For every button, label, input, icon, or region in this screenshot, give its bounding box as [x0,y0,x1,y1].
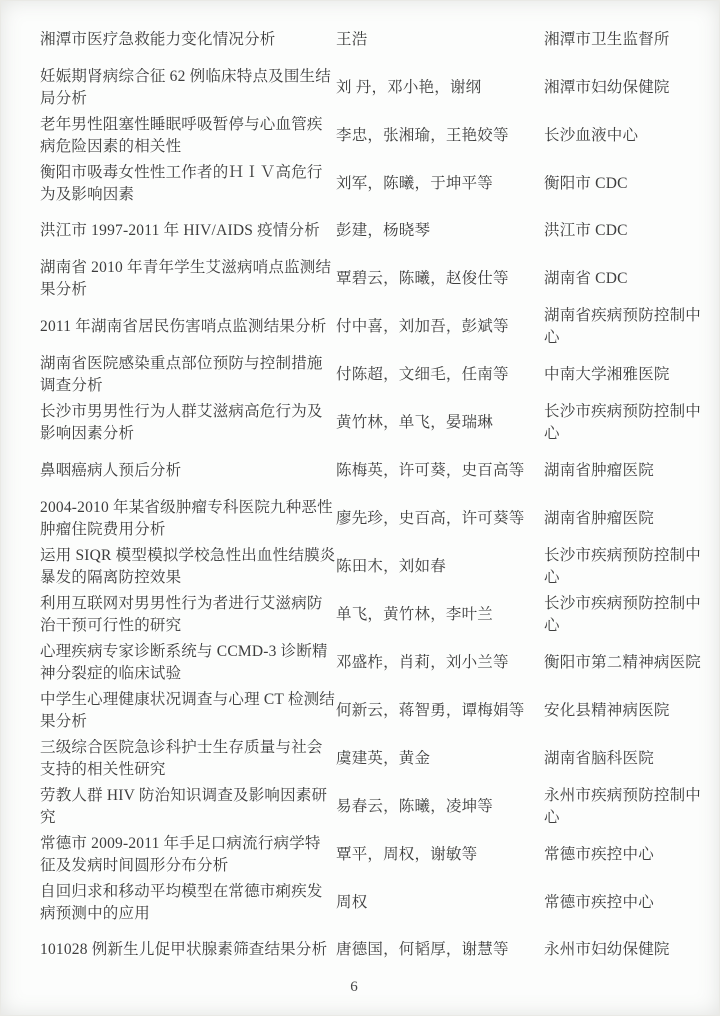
paper-authors: 陈田木，刘如春 [336,556,536,578]
table-row: 101028 例新生儿促甲状腺素筛查结果分析 唐德国，何韬厚，谢慧等 永州市妇幼… [40,927,706,975]
table-row: 长沙市男男性行为人群艾滋病高危行为及影响因素分析 黄竹林，单飞，晏瑞琳 长沙市疾… [40,399,706,447]
paper-authors: 李忠，张湘瑜，王艳姣等 [336,125,536,147]
table-row: 利用互联网对男男性行为者进行艾滋病防治干预可行性的研究 单飞，黄竹林，李叶兰 长… [40,591,706,639]
table-row: 运用 SIQR 模型模拟学校急性出血性结膜炎暴发的隔离防控效果 陈田木，刘如春 … [40,543,706,591]
paper-title: 鼻咽癌病人预后分析 [40,460,336,482]
paper-institution: 永州市妇幼保健院 [536,939,706,961]
paper-title: 运用 SIQR 模型模拟学校急性出血性结膜炎暴发的隔离防控效果 [40,545,336,589]
paper-authors: 易春云，陈曦，凌坤等 [336,796,536,818]
paper-authors: 虞建英，黄金 [336,748,536,770]
paper-title: 中学生心理健康状况调查与心理 CT 检测结果分析 [40,689,336,733]
paper-institution: 湖南省肿瘤医院 [536,460,706,482]
paper-authors: 唐德国，何韬厚，谢慧等 [336,939,536,961]
paper-authors: 付陈超，文细毛，任南等 [336,364,536,386]
paper-title: 长沙市男男性行为人群艾滋病高危行为及影响因素分析 [40,401,336,445]
table-row: 妊娠期肾病综合征 62 例临床特点及围生结局分析 刘 丹，邓小艳，谢纲 湘潭市妇… [40,64,706,112]
paper-institution: 湖南省疾病预防控制中心 [536,305,706,349]
paper-institution: 长沙血液中心 [536,125,706,147]
table-row: 老年男性阻塞性睡眠呼吸暂停与心血管疾病危险因素的相关性 李忠，张湘瑜，王艳姣等 … [40,112,706,160]
table-row: 三级综合医院急诊科护士生存质量与社会支持的相关性研究 虞建英，黄金 湖南省脑科医… [40,735,706,783]
paper-institution: 衡阳市 CDC [536,173,706,195]
table-row: 劳教人群 HIV 防治知识调查及影响因素研究 易春云，陈曦，凌坤等 永州市疾病预… [40,783,706,831]
table-row: 衡阳市吸毒女性性工作者的ＨＩＶ高危行为及影响因素 刘军，陈曦，于坤平等 衡阳市 … [40,160,706,208]
paper-authors: 邓盛柞，肖莉，刘小兰等 [336,652,536,674]
table-row: 洪江市 1997-2011 年 HIV/AIDS 疫情分析 彭建，杨晓琴 洪江市… [40,208,706,256]
paper-institution: 中南大学湘雅医院 [536,364,706,386]
table-row: 鼻咽癌病人预后分析 陈梅英，许可葵，史百高等 湖南省肿瘤医院 [40,447,706,495]
table-row: 湖南省医院感染重点部位预防与控制措施调查分析 付陈超，文细毛，任南等 中南大学湘… [40,351,706,399]
paper-authors: 覃碧云，陈曦，赵俊仕等 [336,268,536,290]
paper-title: 三级综合医院急诊科护士生存质量与社会支持的相关性研究 [40,737,336,781]
papers-table: 湘潭市医疗急救能力变化情况分析 王浩 湘潭市卫生监督所 妊娠期肾病综合征 62 … [40,16,706,974]
paper-title: 心理疾病专家诊断系统与 CCMD-3 诊断精神分裂症的临床试验 [40,641,336,685]
paper-title: 湖南省 2010 年青年学生艾滋病哨点监测结果分析 [40,257,336,301]
paper-title: 衡阳市吸毒女性性工作者的ＨＩＶ高危行为及影响因素 [40,162,336,206]
paper-institution: 洪江市 CDC [536,220,706,242]
paper-institution: 衡阳市第二精神病医院 [536,652,706,674]
paper-title: 2011 年湖南省居民伤害哨点监测结果分析 [40,316,336,338]
paper-institution: 安化县精神病医院 [536,700,706,722]
page-footer: 6 [0,978,720,996]
table-row: 2004-2010 年某省级肿瘤专科医院九种恶性肿瘤住院费用分析 廖先珍，史百高… [40,495,706,543]
paper-authors: 何新云，蒋智勇，谭梅娟等 [336,700,536,722]
paper-authors: 刘 丹，邓小艳，谢纲 [336,77,536,99]
table-row: 常德市 2009-2011 年手足口病流行病学特征及发病时间圆形分布分析 覃平，… [40,831,706,879]
paper-institution: 长沙市疾病预防控制中心 [536,401,706,445]
paper-institution: 湖南省脑科医院 [536,748,706,770]
paper-authors: 单飞，黄竹林，李叶兰 [336,604,536,626]
table-row: 中学生心理健康状况调查与心理 CT 检测结果分析 何新云，蒋智勇，谭梅娟等 安化… [40,687,706,735]
page-number: 6 [350,979,358,996]
paper-title: 利用互联网对男男性行为者进行艾滋病防治干预可行性的研究 [40,593,336,637]
paper-authors: 付中喜，刘加吾，彭斌等 [336,316,536,338]
paper-title: 常德市 2009-2011 年手足口病流行病学特征及发病时间圆形分布分析 [40,833,336,877]
paper-authors: 陈梅英，许可葵，史百高等 [336,460,536,482]
paper-institution: 永州市疾病预防控制中心 [536,785,706,829]
paper-authors: 刘军，陈曦，于坤平等 [336,173,536,195]
paper-title: 2004-2010 年某省级肿瘤专科医院九种恶性肿瘤住院费用分析 [40,497,336,541]
table-row: 2011 年湖南省居民伤害哨点监测结果分析 付中喜，刘加吾，彭斌等 湖南省疾病预… [40,303,706,351]
paper-title: 湘潭市医疗急救能力变化情况分析 [40,29,336,51]
paper-institution: 常德市疾控中心 [536,844,706,866]
paper-institution: 常德市疾控中心 [536,892,706,914]
paper-authors: 王浩 [336,29,536,51]
paper-title: 洪江市 1997-2011 年 HIV/AIDS 疫情分析 [40,220,336,242]
paper-authors: 黄竹林，单飞，晏瑞琳 [336,412,536,434]
paper-title: 101028 例新生儿促甲状腺素筛查结果分析 [40,939,336,961]
paper-institution: 长沙市疾病预防控制中心 [536,545,706,589]
table-row: 心理疾病专家诊断系统与 CCMD-3 诊断精神分裂症的临床试验 邓盛柞，肖莉，刘… [40,639,706,687]
paper-title: 自回归求和移动平均模型在常德市痢疾发病预测中的应用 [40,881,336,925]
table-row: 湖南省 2010 年青年学生艾滋病哨点监测结果分析 覃碧云，陈曦，赵俊仕等 湖南… [40,255,706,303]
paper-title: 劳教人群 HIV 防治知识调查及影响因素研究 [40,785,336,829]
paper-authors: 覃平，周权，谢敏等 [336,844,536,866]
paper-institution: 湘潭市卫生监督所 [536,29,706,51]
paper-authors: 彭建，杨晓琴 [336,220,536,242]
paper-institution: 湖南省 CDC [536,268,706,290]
paper-institution: 长沙市疾病预防控制中心 [536,593,706,637]
paper-authors: 廖先珍，史百高，许可葵等 [336,508,536,530]
scanned-document-page: 湘潭市医疗急救能力变化情况分析 王浩 湘潭市卫生监督所 妊娠期肾病综合征 62 … [0,0,720,1016]
paper-title: 老年男性阻塞性睡眠呼吸暂停与心血管疾病危险因素的相关性 [40,114,336,158]
paper-title: 湖南省医院感染重点部位预防与控制措施调查分析 [40,353,336,397]
paper-authors: 周权 [336,892,536,914]
paper-title: 妊娠期肾病综合征 62 例临床特点及围生结局分析 [40,66,336,110]
table-row: 自回归求和移动平均模型在常德市痢疾发病预测中的应用 周权 常德市疾控中心 [40,879,706,927]
paper-institution: 湘潭市妇幼保健院 [536,77,706,99]
table-row: 湘潭市医疗急救能力变化情况分析 王浩 湘潭市卫生监督所 [40,16,706,64]
paper-institution: 湖南省肿瘤医院 [536,508,706,530]
